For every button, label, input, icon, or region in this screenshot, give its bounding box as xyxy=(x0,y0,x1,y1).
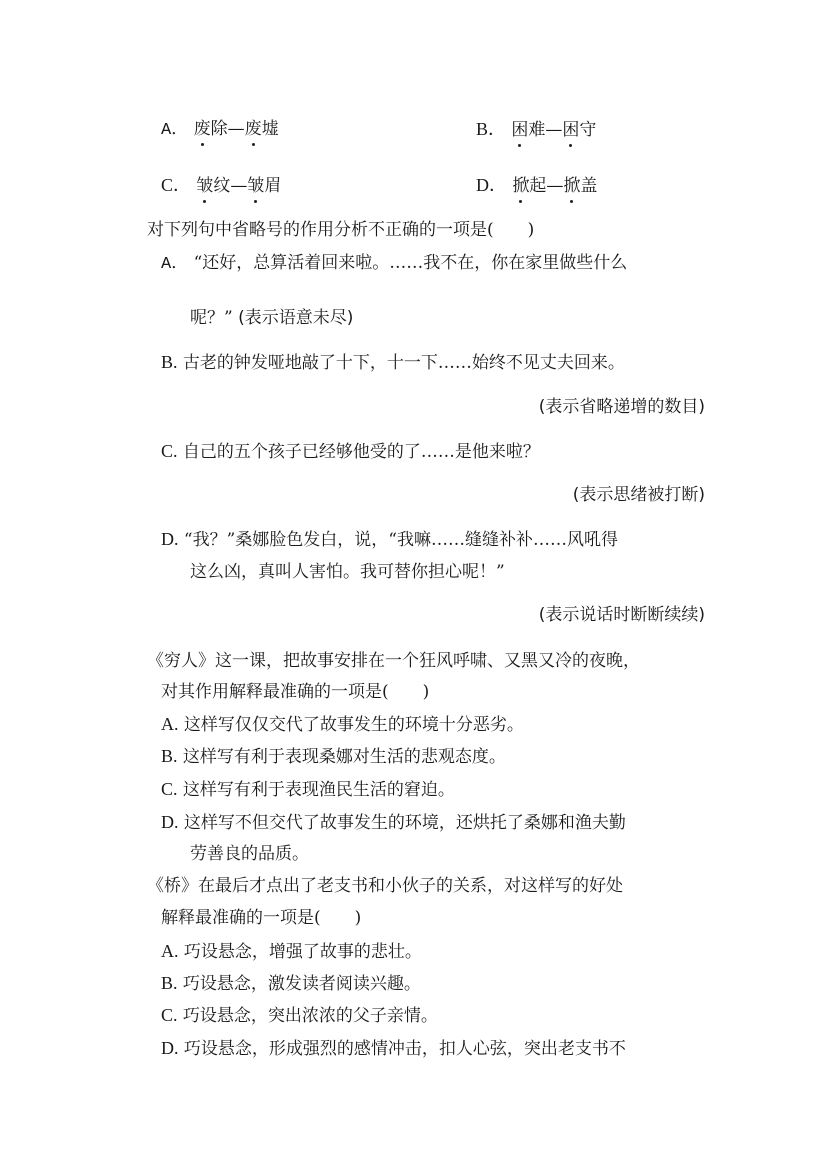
option-text: “我？”桑娜脸色发白，说，“我嘛……缝缝补补……风吼得 xyxy=(184,530,618,550)
stem-text: 对其作用解释最准确的一项是( xyxy=(161,682,389,702)
option-b-note: (表示省略递增的数目) xyxy=(539,396,705,418)
stem-close: ) xyxy=(528,220,535,240)
char: 难 xyxy=(528,120,545,140)
option-text: 这样写不但交代了故事发生的环境，还烘托了桑娜和渔夫勤 xyxy=(184,813,626,833)
question-stem-poor-line1: 《穷人》这一课，把故事安排在一个狂风呼啸、又黑又冷的夜晚， xyxy=(147,650,640,672)
option-text: 巧设悬念，增强了故事的悲壮。 xyxy=(184,942,422,962)
option-c-prev: C． 皱纹—皱眉 xyxy=(161,174,281,197)
stem-text: 解释最准确的一项是( xyxy=(161,908,321,928)
dotted-char: 皱 xyxy=(247,175,264,197)
option-label: A． xyxy=(161,121,188,140)
option-a-prev: A． 废除—废墟 xyxy=(161,118,279,142)
option-label: B． xyxy=(476,119,506,139)
option-text-cont: 呢？” xyxy=(190,308,233,328)
option-text: 这样写有利于表现桑娜对生活的悲观态度。 xyxy=(183,747,506,767)
option-label: B. xyxy=(161,973,178,993)
option-text: 废除—废墟 xyxy=(194,119,279,139)
option-d-bridge: D. 巧设悬念，形成强烈的感情冲击，扣人心弦，突出老支书不 xyxy=(161,1037,626,1060)
option-label: C. xyxy=(161,441,178,461)
char: 守 xyxy=(579,120,596,140)
char: 墟 xyxy=(262,119,279,139)
dotted-char: 困 xyxy=(511,119,528,141)
option-text: 掀起—掀盖 xyxy=(512,176,597,196)
char: 除 xyxy=(211,119,228,139)
dotted-char: 掀 xyxy=(512,175,529,197)
question-stem-bridge-line1: 《桥》在最后才点出了老支书和小伙子的关系，对这样写的好处 xyxy=(147,875,623,897)
stem-close: ) xyxy=(355,908,362,928)
char: 起 xyxy=(529,176,546,196)
option-label: B. xyxy=(161,746,178,766)
option-label: B. xyxy=(161,352,178,372)
dotted-char: 掀 xyxy=(563,175,580,197)
option-label: A. xyxy=(161,714,179,734)
char: 眉 xyxy=(264,176,281,196)
option-text: 古老的钟发哑地敲了十下，十一下……始终不见丈夫回来。 xyxy=(183,353,625,373)
stem-text: 对下列句中省略号的作用分析不正确的一项是( xyxy=(147,220,494,240)
option-b-poor: B. 这样写有利于表现桑娜对生活的悲观态度。 xyxy=(161,745,506,768)
option-text: 自己的五个孩子已经够他受的了……是他来啦？ xyxy=(183,442,540,462)
option-text: “还好，总算活着回来啦。……我不在，你在家里做些什么 xyxy=(194,253,628,273)
option-label: D. xyxy=(161,812,179,832)
question-stem-ellipsis: 对下列句中省略号的作用分析不正确的一项是() xyxy=(147,219,534,241)
dotted-char: 废 xyxy=(245,118,262,140)
option-d-ellipsis: D. “我？”桑娜脸色发白，说，“我嘛……缝缝补补……风吼得 xyxy=(161,528,618,551)
option-label: D. xyxy=(161,1038,179,1058)
option-text: 皱纹—皱眉 xyxy=(196,176,281,196)
option-text: 这样写仅仅交代了故事发生的环境十分恶劣。 xyxy=(184,715,524,735)
dotted-char: 废 xyxy=(194,118,211,140)
option-text: 巧设悬念，形成强烈的感情冲击，扣人心弦，突出老支书不 xyxy=(184,1039,626,1059)
option-c-bridge: C. 巧设悬念，突出浓浓的父子亲情。 xyxy=(161,1004,438,1027)
option-b-prev: B． 困难—困守 xyxy=(476,118,596,141)
char: 纹 xyxy=(213,176,230,196)
option-d-ellipsis-cont: 这么凶，真叫人害怕。我可替你担心呢！” xyxy=(190,561,505,583)
option-label: C. xyxy=(161,1005,178,1025)
option-text: 困难—困守 xyxy=(511,120,596,140)
option-label: A． xyxy=(161,255,188,274)
option-label: A. xyxy=(161,941,179,961)
option-note: (表示语意未尽) xyxy=(238,308,353,328)
option-d-poor-cont: 劳善良的品质。 xyxy=(190,843,309,865)
option-b-bridge: B. 巧设悬念，激发读者阅读兴趣。 xyxy=(161,972,421,995)
option-label: C. xyxy=(161,779,178,799)
option-a-bridge: A. 巧设悬念，增强了故事的悲壮。 xyxy=(161,940,422,963)
option-d-note: (表示说话时断断续续) xyxy=(539,604,705,626)
option-a-ellipsis: A． “还好，总算活着回来啦。……我不在，你在家里做些什么 xyxy=(161,252,627,276)
stem-close: ) xyxy=(423,682,430,702)
dash: — xyxy=(230,176,247,196)
option-c-poor: C. 这样写有利于表现渔民生活的窘迫。 xyxy=(161,778,455,801)
option-label: D. xyxy=(161,529,179,549)
dash: — xyxy=(545,120,562,140)
option-label: C． xyxy=(161,175,191,195)
option-a-poor: A. 这样写仅仅交代了故事发生的环境十分恶劣。 xyxy=(161,713,524,736)
option-d-prev: D． 掀起—掀盖 xyxy=(476,174,597,197)
dash: — xyxy=(546,176,563,196)
option-d-poor: D. 这样写不但交代了故事发生的环境，还烘托了桑娜和渔夫勤 xyxy=(161,811,626,834)
question-stem-poor-line2: 对其作用解释最准确的一项是() xyxy=(161,681,429,703)
option-text: 这样写有利于表现渔民生活的窘迫。 xyxy=(183,780,455,800)
dotted-char: 皱 xyxy=(196,175,213,197)
option-text: 巧设悬念，突出浓浓的父子亲情。 xyxy=(183,1006,438,1026)
question-stem-bridge-line2: 解释最准确的一项是() xyxy=(161,907,361,929)
dash: — xyxy=(228,119,245,139)
option-label: D． xyxy=(476,175,507,195)
option-c-ellipsis: C. 自己的五个孩子已经够他受的了……是他来啦？ xyxy=(161,440,540,463)
dotted-char: 困 xyxy=(562,119,579,141)
option-a-ellipsis-cont: 呢？” (表示语意未尽) xyxy=(190,307,353,329)
option-b-ellipsis: B. 古老的钟发哑地敲了十下，十一下……始终不见丈夫回来。 xyxy=(161,351,625,374)
option-c-note: (表示思绪被打断) xyxy=(573,484,705,506)
char: 盖 xyxy=(580,176,597,196)
option-text: 巧设悬念，激发读者阅读兴趣。 xyxy=(183,974,421,994)
